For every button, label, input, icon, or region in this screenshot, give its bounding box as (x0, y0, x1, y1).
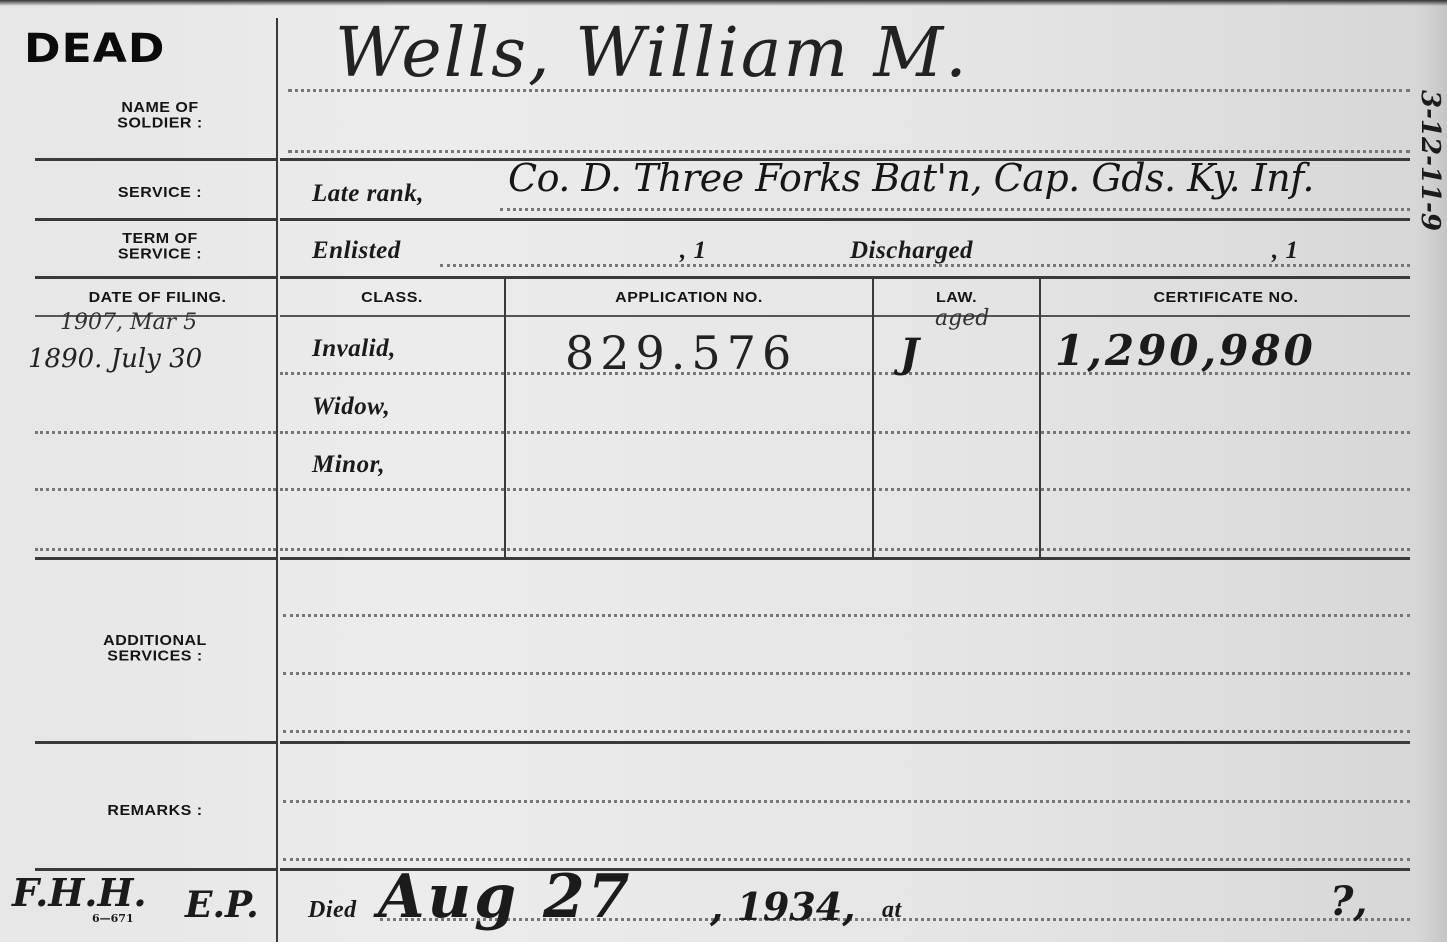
law-value: J (900, 330, 919, 377)
rule (280, 741, 1410, 744)
label-remarks: REMARKS : (80, 803, 230, 818)
rule (280, 218, 1410, 221)
law-superscript: aged (935, 306, 989, 331)
died-year: , 1934, (710, 884, 855, 929)
dotted-rule (288, 150, 1410, 153)
dotted-rule (35, 431, 276, 434)
column-divider (1039, 278, 1041, 557)
column-divider (872, 278, 874, 557)
header-application-no: APPLICATION NO. (506, 290, 872, 305)
dotted-rule (35, 488, 276, 491)
label-term-of-service: TERM OF SERVICE : (90, 232, 230, 262)
application-number: 829.576 (565, 326, 797, 380)
class-invalid: Invalid, (312, 335, 396, 363)
remarks-initials: F.H.H. (12, 870, 147, 915)
rule (35, 276, 276, 279)
rule (280, 276, 1410, 279)
remarks-code: 6—671 (92, 912, 134, 925)
label-additional-services: ADDITIONAL SERVICES : (70, 634, 240, 664)
dotted-rule (280, 431, 1410, 434)
header-law: LAW. (874, 290, 1039, 305)
dotted-rule (500, 208, 1410, 211)
discharged-year-prefix: , 1 (1272, 237, 1299, 265)
dotted-rule (283, 614, 1410, 617)
rule (35, 218, 276, 221)
rule (35, 158, 276, 161)
filing-date-2: 1890. July 30 (28, 344, 202, 374)
died-date: Aug 27 (378, 862, 633, 932)
rule (35, 741, 276, 744)
service-unit: Co. D. Three Forks Bat'n, Cap. Gds. Ky. … (508, 156, 1314, 200)
remarks-mark: E.P. (185, 884, 259, 926)
top-edge-shadow (0, 0, 1447, 6)
rule (280, 557, 1410, 560)
died-label: Died (308, 897, 357, 924)
dotted-rule (280, 548, 1410, 551)
at-label: at (882, 897, 902, 924)
dotted-rule (280, 488, 1410, 491)
discharged-label: Discharged (850, 237, 973, 265)
header-certificate-no: CERTIFICATE NO. (1041, 290, 1411, 305)
enlisted-label: Enlisted (312, 237, 401, 265)
dotted-rule (283, 800, 1410, 803)
filing-date-1: 1907, Mar 5 (60, 310, 197, 335)
column-divider (504, 278, 506, 557)
late-rank-label: Late rank, (312, 180, 424, 208)
dead-stamp: DEAD (24, 26, 166, 72)
class-widow: Widow, (312, 393, 390, 421)
died-place: ?, (1330, 878, 1367, 925)
header-class: CLASS. (280, 290, 504, 305)
soldier-name: Wells, William M. (335, 14, 969, 93)
left-column-divider (276, 18, 278, 942)
label-date-of-filing: DATE OF FILING. (40, 290, 275, 305)
enlisted-year-prefix: , 1 (680, 237, 707, 265)
class-minor: Minor, (312, 451, 385, 479)
dotted-rule (283, 858, 1410, 861)
label-service: SERVICE : (90, 185, 230, 200)
dotted-rule (35, 548, 276, 551)
margin-note: 3-12-11-9 (1415, 90, 1445, 231)
rule (35, 557, 276, 560)
pension-index-card: DEAD NAME OF SOLDIER : SERVICE : TERM OF… (0, 0, 1447, 942)
dotted-rule (283, 730, 1410, 733)
dotted-rule (283, 672, 1410, 675)
certificate-number: 1,290,980 (1055, 326, 1316, 375)
rule (280, 315, 1410, 317)
label-name-of-soldier: NAME OF SOLDIER : (95, 101, 225, 131)
